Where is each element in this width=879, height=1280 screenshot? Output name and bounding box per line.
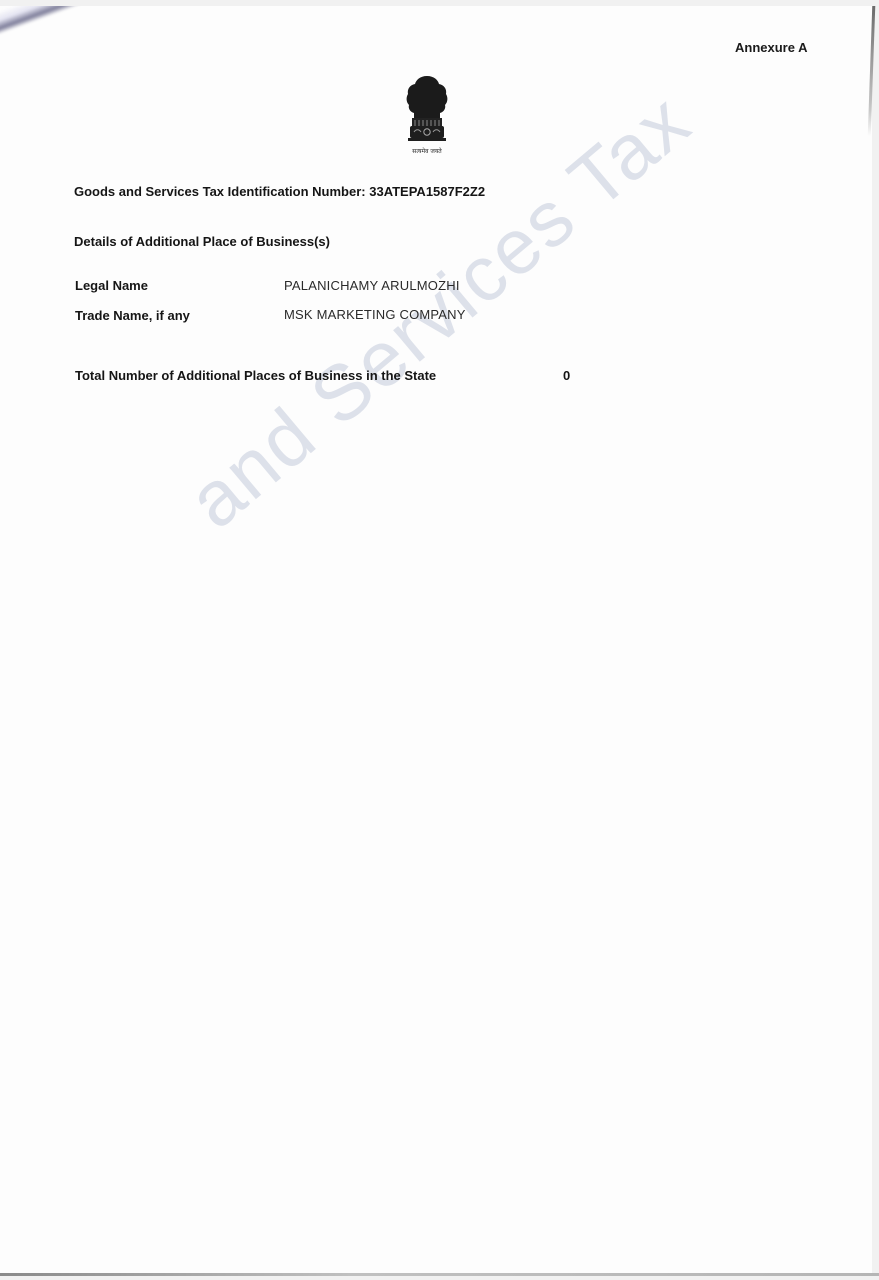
gstin-value: 33ATEPA1587F2Z2 bbox=[369, 184, 485, 199]
legal-name-label: Legal Name bbox=[75, 278, 148, 293]
document-page: and Services Tax Annexure A सत्यमेव जयते… bbox=[0, 6, 872, 1274]
national-emblem-icon: सत्यमेव जयते bbox=[400, 72, 454, 158]
annexure-label: Annexure A bbox=[735, 40, 807, 55]
paper-edge-bottom bbox=[0, 1273, 879, 1276]
section-title: Details of Additional Place of Business(… bbox=[74, 234, 330, 249]
legal-name-value: PALANICHAMY ARULMOZHI bbox=[284, 278, 460, 293]
total-places-value: 0 bbox=[563, 368, 570, 383]
page-fold-shadow bbox=[0, 6, 138, 39]
gstin-label: Goods and Services Tax Identification Nu… bbox=[74, 184, 366, 199]
trade-name-value: MSK MARKETING COMPANY bbox=[284, 307, 466, 322]
gstin-row: Goods and Services Tax Identification Nu… bbox=[74, 184, 485, 199]
svg-text:सत्यमेव जयते: सत्यमेव जयते bbox=[412, 147, 442, 155]
trade-name-label: Trade Name, if any bbox=[75, 308, 190, 323]
total-places-label: Total Number of Additional Places of Bus… bbox=[75, 368, 436, 383]
